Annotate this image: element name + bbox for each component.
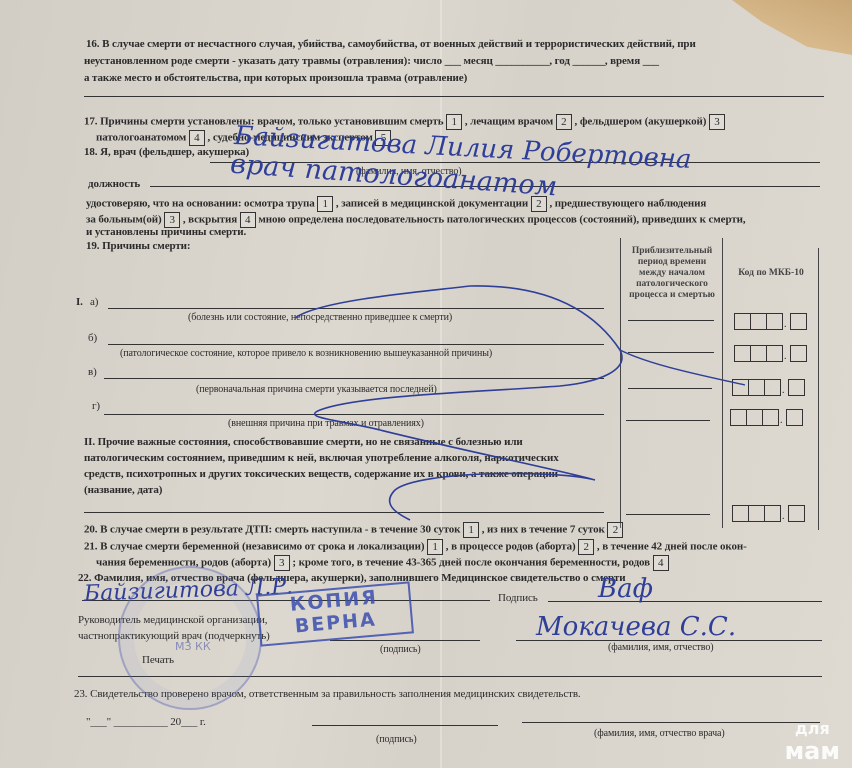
watermark-logo: для мам	[785, 718, 840, 762]
watermark-line2: мам	[785, 740, 840, 762]
cross-out-scribble	[0, 0, 852, 768]
